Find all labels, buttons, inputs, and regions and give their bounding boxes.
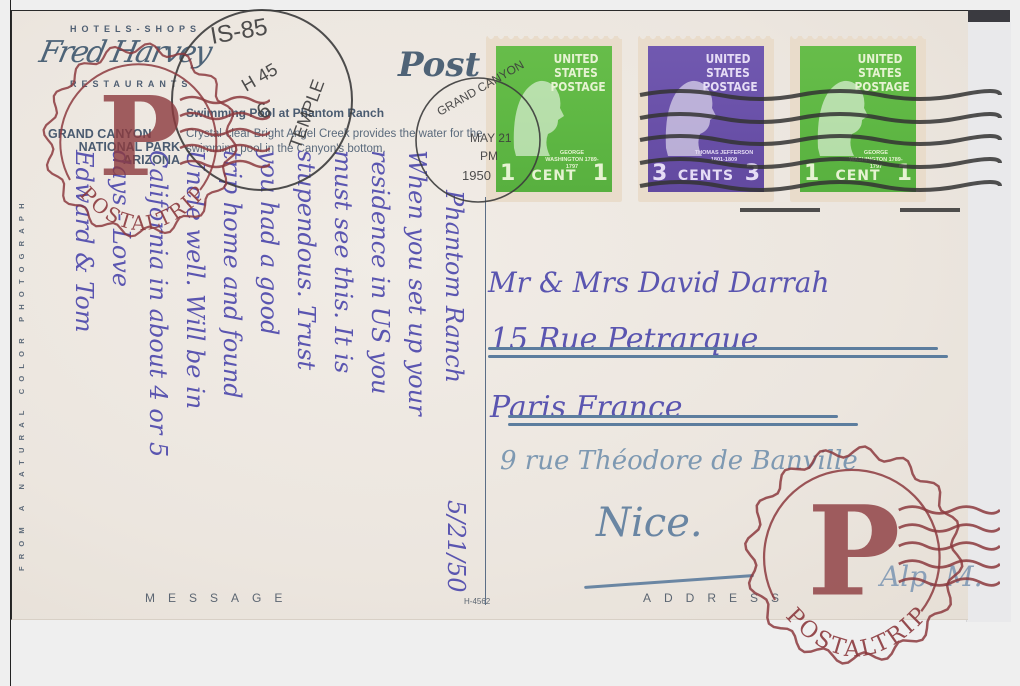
stamp-country: UNITEDSTATESPOSTAGE <box>855 52 906 94</box>
postage-stamp: UNITEDSTATESPOSTAGE GEORGE WASHINGTON 17… <box>790 36 926 202</box>
forwarding-region: Alp. M. <box>880 560 982 593</box>
stamp-face: UNITEDSTATESPOSTAGE GEORGE WASHINGTON 17… <box>496 46 612 192</box>
photo-credit-vertical: FROM A NATURAL COLOR PHOTOGRAPH <box>17 196 26 571</box>
message-line: days - Love <box>107 150 135 287</box>
message-line: Edward & Tom <box>70 150 98 333</box>
stamp-denomination: 1CENT1 <box>804 161 912 186</box>
message-label: MESSAGE <box>145 591 295 605</box>
message-line: trip home and found <box>218 150 246 399</box>
message-address-divider <box>485 197 486 605</box>
caption-title: Swimming Pool at Phantom Ranch <box>186 106 384 120</box>
strikethrough-line <box>508 423 858 426</box>
brand-signature: Fred Harvey <box>36 35 213 70</box>
postage-stamp: UNITEDSTATESPOSTAGE GEORGE WASHINGTON 17… <box>486 36 622 202</box>
strikethrough-line <box>508 415 838 418</box>
message-date: 5/21/50 <box>442 500 470 593</box>
stamp-country: UNITEDSTATESPOSTAGE <box>703 52 754 94</box>
scanner-margin <box>966 22 1011 622</box>
card-code: H-4562 <box>464 597 490 606</box>
forwarding-address-line: 9 rue Théodore de Banville <box>500 446 858 476</box>
message-line: California in about 4 or 5 <box>144 150 172 457</box>
message-line: Phantom Ranch <box>440 190 468 383</box>
stamp-country: UNITEDSTATESPOSTAGE <box>551 52 602 94</box>
message-line: stupendous. Trust <box>292 150 320 370</box>
stamp-denomination: 1CENT1 <box>500 161 608 186</box>
brand-top-text: HOTELS-SHOPS <box>70 24 201 34</box>
address-line-struck: Paris France <box>490 390 683 425</box>
address-line-struck: 15 Rue Petrarque <box>490 322 758 357</box>
stamp-face: UNITEDSTATESPOSTAGE THOMAS JEFFERSON 180… <box>648 46 764 192</box>
message-line: Uncle well. Will be in <box>181 150 209 409</box>
stamp-face: UNITEDSTATESPOSTAGE GEORGE WASHINGTON 17… <box>800 46 916 192</box>
scanner-edge <box>966 10 1010 22</box>
message-line: When you set up your <box>403 150 431 416</box>
postage-stamp: UNITEDSTATESPOSTAGE THOMAS JEFFERSON 180… <box>638 36 774 202</box>
forwarding-city: Nice. <box>596 500 703 546</box>
post-heading: Post <box>398 45 480 85</box>
brand-bottom-text: RESTAURANTS <box>70 79 192 89</box>
message-line: residence in US you <box>366 150 394 395</box>
strikethrough-line <box>488 347 938 350</box>
stamp-denomination: 3CENTS3 <box>652 161 760 186</box>
message-line: must see this. It is <box>329 150 357 373</box>
strikethrough-line <box>488 355 948 358</box>
address-label: ADDRESS <box>643 591 792 605</box>
address-line: Mr & Mrs David Darrah <box>488 266 829 299</box>
message-line: you had a good <box>255 150 283 335</box>
